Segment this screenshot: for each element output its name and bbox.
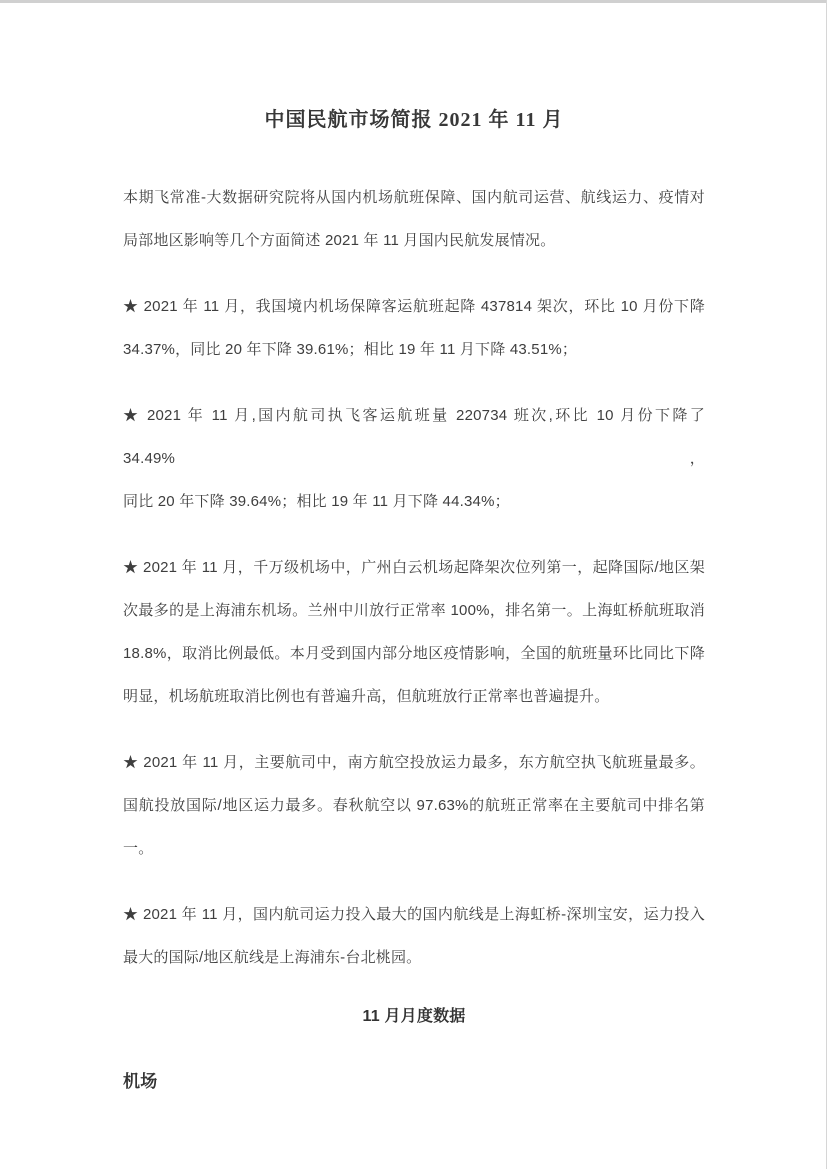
text-line: ★ 2021 年 11 月，主要航司中，南方航空投放运力最多，东方航空执飞航班量… (123, 741, 705, 784)
text-line: 34.37%，同比 20 年下降 39.61%；相比 19 年 11 月下降 4… (123, 328, 705, 371)
bullet-airline-flights: ★ 2021 年 11 月,国内航司执飞客运航班量 220734 班次,环比 1… (123, 394, 705, 523)
text-line: 局部地区影响等几个方面简述 2021 年 11 月国内民航发展情况。 (123, 219, 705, 262)
text-line: 18.8%，取消比例最低。本月受到国内部分地区疫情影响，全国的航班量环比同比下降 (123, 632, 705, 675)
text-line: 次最多的是上海浦东机场。兰州中川放行正常率 100%，排名第一。上海虹桥航班取消 (123, 589, 705, 632)
text-line: 机场 (123, 1060, 705, 1103)
section-heading-airport: 机场 (123, 1060, 705, 1103)
bullet-top-routes: ★ 2021 年 11 月，国内航司运力投入最大的国内航线是上海虹桥-深圳宝安，… (123, 893, 705, 979)
text-line: ★ 2021 年 11 月，我国境内机场保障客运航班起降 437814 架次，环… (123, 285, 705, 328)
bullet-airport-flights: ★ 2021 年 11 月，我国境内机场保障客运航班起降 437814 架次，环… (123, 285, 705, 371)
intro-paragraph: 本期飞常准-大数据研究院将从国内机场航班保障、国内航司运营、航线运力、疫情对局部… (123, 176, 705, 262)
document-body: 本期飞常准-大数据研究院将从国内机场航班保障、国内航司运营、航线运力、疫情对局部… (123, 176, 705, 1103)
document-title: 中国民航市场简报 2021 年 11 月 (123, 102, 705, 139)
text-line: ★ 2021 年 11 月,国内航司执飞客运航班量 220734 班次,环比 1… (123, 394, 705, 480)
text-line: 国航投放国际/地区运力最多。春秋航空以 97.63%的航班正常率在主要航司中排名… (123, 784, 705, 870)
text-line: 最大的国际/地区航线是上海浦东-台北桃园。 (123, 936, 705, 979)
bullet-top-airports: ★ 2021 年 11 月，千万级机场中，广州白云机场起降架次位列第一，起降国际… (123, 546, 705, 718)
text-line: 11 月月度数据 (123, 995, 705, 1038)
section-heading-monthly-data: 11 月月度数据 (123, 995, 705, 1038)
text-line: 明显，机场航班取消比例也有普遍升高，但航班放行正常率也普遍提升。 (123, 675, 705, 718)
document-page: 中国民航市场简报 2021 年 11 月 本期飞常准-大数据研究院将从国内机场航… (123, 0, 705, 1103)
bullet-top-airlines: ★ 2021 年 11 月，主要航司中，南方航空投放运力最多，东方航空执飞航班量… (123, 741, 705, 870)
text-line: 同比 20 年下降 39.64%；相比 19 年 11 月下降 44.34%； (123, 480, 705, 523)
text-line: ★ 2021 年 11 月，国内航司运力投入最大的国内航线是上海虹桥-深圳宝安，… (123, 893, 705, 936)
text-line: ★ 2021 年 11 月，千万级机场中，广州白云机场起降架次位列第一，起降国际… (123, 546, 705, 589)
text-line: 本期飞常准-大数据研究院将从国内机场航班保障、国内航司运营、航线运力、疫情对 (123, 176, 705, 219)
